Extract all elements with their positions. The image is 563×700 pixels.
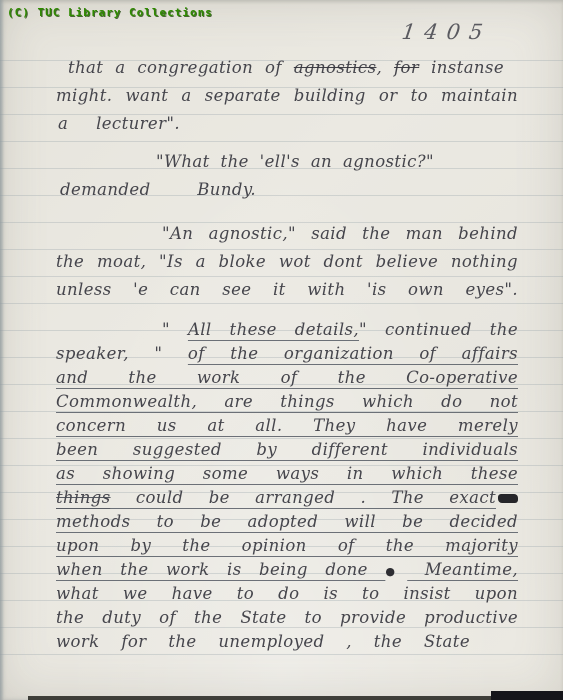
scan-edge-corner: [491, 691, 563, 700]
text-segment: Commonwealth, are things which do not: [56, 392, 518, 411]
ink-blot: [498, 494, 518, 503]
manuscript-line: a lecturer".: [58, 110, 180, 138]
manuscript-line: Commonwealth, are things which do not: [56, 390, 518, 414]
text-segment: and the work of the Co-operative: [56, 368, 518, 387]
manuscript-line: that a congregation of agnostics, for in…: [68, 54, 504, 82]
text-segment: ": [162, 320, 188, 339]
struck-text: things: [56, 488, 111, 507]
scanned-manuscript-page: (C) TUC Library Collections 1405 that a …: [0, 0, 563, 700]
manuscript-line: what we have to do is to insist upon: [56, 582, 518, 606]
manuscript-line: speaker, " of the organization of affair…: [56, 342, 518, 366]
handwritten-text-block: that a congregation of agnostics, for in…: [56, 0, 526, 700]
manuscript-line: upon by the opinion of the majority: [56, 534, 518, 558]
paragraph: "An agnostic," said the man behindthe mo…: [56, 220, 526, 304]
manuscript-line: been suggested by different individuals: [56, 438, 518, 462]
text-segment: the duty of the State to provide product…: [56, 608, 518, 627]
manuscript-line: methods to be adopted will be decided: [56, 510, 518, 534]
text-segment: ,: [376, 58, 394, 77]
text-segment: been suggested by different individuals: [56, 440, 518, 459]
text-segment: when the work is being done: [56, 560, 385, 579]
manuscript-line: unless 'e can see it with 'is own eyes".: [56, 276, 518, 304]
text-segment: might. want a separate building or to ma…: [56, 86, 518, 105]
paragraph: that a congregation of agnostics, for in…: [56, 54, 526, 138]
manuscript-line: " All these details," continued the: [162, 318, 518, 342]
manuscript-line: "What the 'ell's an agnostic?": [156, 148, 434, 176]
text-segment: what we have to do is to insist upon: [56, 584, 518, 603]
text-segment: unless 'e can see it with 'is own eyes".: [56, 280, 518, 299]
manuscript-line: might. want a separate building or to ma…: [56, 82, 518, 110]
text-segment: "An agnostic," said the man behind: [162, 224, 518, 243]
text-segment: "What the 'ell's an agnostic?": [156, 152, 434, 171]
manuscript-line: as showing some ways in which these: [56, 462, 518, 486]
text-segment: methods to be adopted will be decided: [56, 512, 518, 531]
text-segment: instanse: [419, 58, 504, 77]
ink-dot: ●: [385, 565, 407, 578]
text-segment: of the organization of affairs: [188, 344, 518, 363]
manuscript-line: and the work of the Co-operative: [56, 366, 518, 390]
text-segment: could be arranged . The exact: [111, 488, 496, 507]
text-segment: demanded Bundy.: [60, 180, 256, 199]
paragraph: "What the 'ell's an agnostic?"demanded B…: [56, 148, 526, 204]
text-segment: upon by the opinion of the majority: [56, 536, 518, 555]
scan-edge-left: [0, 0, 4, 700]
manuscript-line: concern us at all. They have merely: [56, 414, 518, 438]
manuscript-line: the moat, "Is a bloke wot dont believe n…: [56, 248, 518, 276]
page-number: 1405: [400, 20, 493, 44]
text-segment: as showing some ways in which these: [56, 464, 518, 483]
text-segment: the moat, "Is a bloke wot dont believe n…: [56, 252, 518, 271]
text-segment: that a congregation of: [68, 58, 294, 77]
text-segment: concern us at all. They have merely: [56, 416, 518, 435]
text-segment: " continued the: [359, 320, 518, 339]
copyright-watermark: (C) TUC Library Collections: [7, 6, 213, 19]
manuscript-line: the duty of the State to provide product…: [56, 606, 518, 630]
paragraph: " All these details," continued thespeak…: [56, 318, 526, 654]
text-segment: All these details,: [188, 320, 359, 339]
struck-text: for: [394, 58, 419, 77]
manuscript-line: things could be arranged . The exact: [56, 486, 518, 510]
text-segment: Meantime,: [407, 560, 518, 579]
text-segment: a lecturer".: [58, 114, 180, 133]
manuscript-line: demanded Bundy.: [60, 176, 256, 204]
manuscript-line: work for the unemployed , the State: [56, 630, 470, 654]
manuscript-line: "An agnostic," said the man behind: [162, 220, 518, 248]
text-segment: work for the unemployed , the State: [56, 632, 470, 651]
struck-text: agnostics: [294, 58, 377, 77]
scan-edge-bottom: [28, 696, 563, 700]
text-segment: speaker, ": [56, 344, 188, 363]
manuscript-line: when the work is being done ● Meantime,: [56, 558, 518, 582]
